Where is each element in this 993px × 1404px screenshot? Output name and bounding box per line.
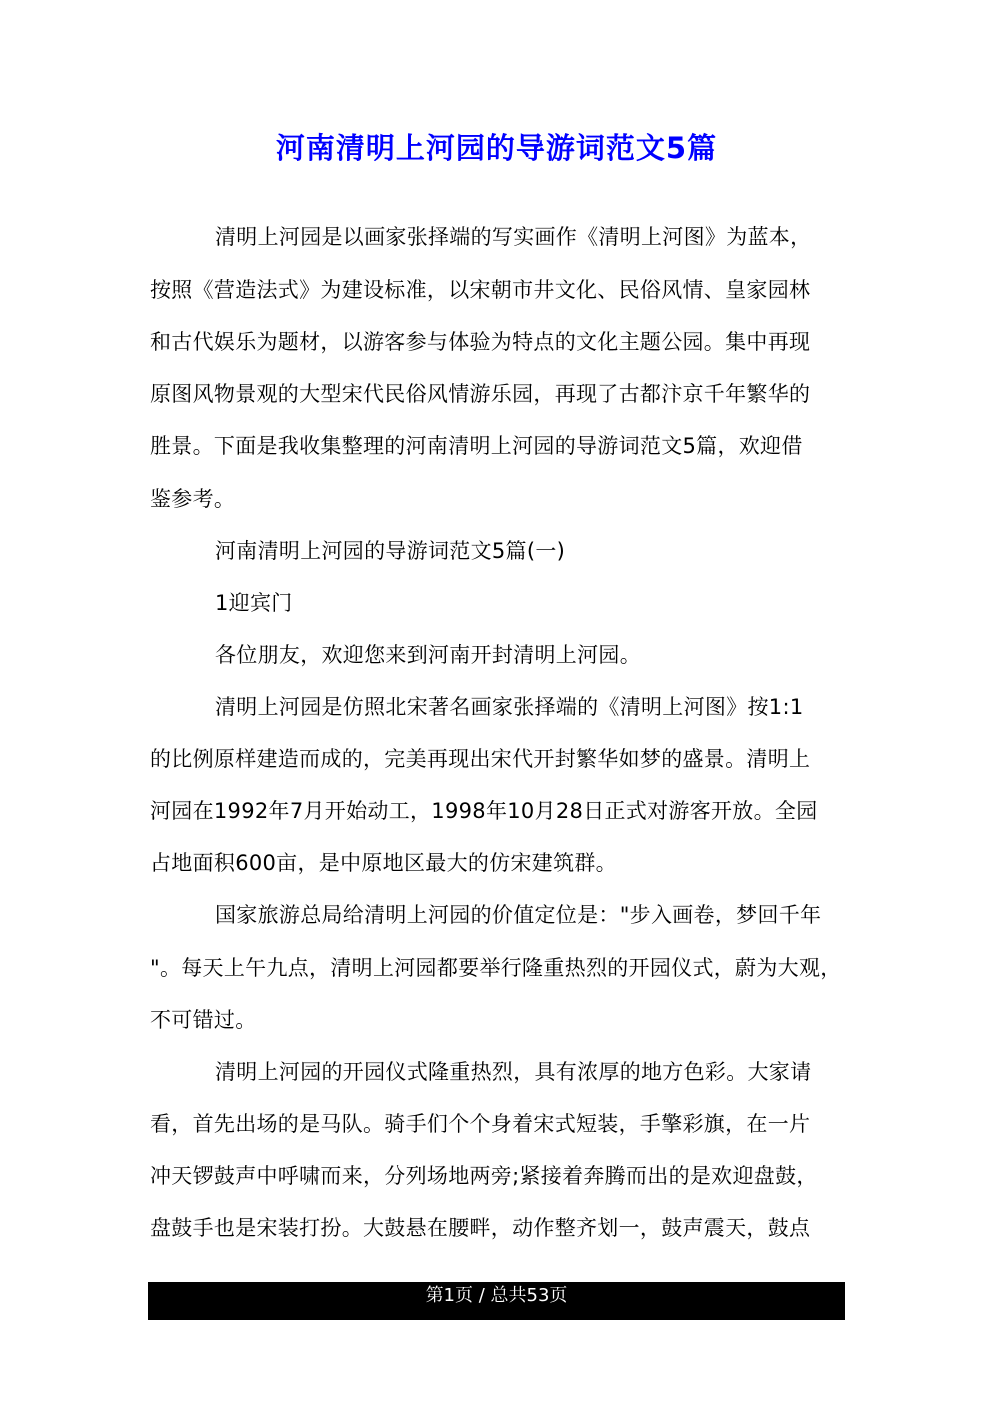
page-indicator-bar: 第1页 / 总共53页 [148,1282,845,1320]
paragraph-line: 国家旅游总局给清明上河园的价值定位是："步入画卷，梦回千年 [215,902,821,928]
page-indicator: 第1页 / 总共53页 [426,1285,568,1306]
document-title: 河南清明上河园的导游词范文5篇 [0,126,993,167]
paragraph-line: 鉴参考。 [150,486,235,512]
paragraph-line: 各位朋友，欢迎您来到河南开封清明上河园。 [215,642,641,668]
section-heading: 河南清明上河园的导游词范文5篇(一) [215,538,565,564]
paragraph-line: 清明上河园是仿照北宋著名画家张择端的《清明上河图》按1:1 [215,694,804,720]
paragraph-line: 胜景。下面是我收集整理的河南清明上河园的导游词范文5篇，欢迎借 [150,433,803,459]
paragraph-line: 盘鼓手也是宋装打扮。大鼓悬在腰畔，动作整齐划一，鼓声震天，鼓点 [150,1215,810,1241]
paragraph-line: 占地面积600亩，是中原地区最大的仿宋建筑群。 [150,850,617,876]
paragraph-line: "。每天上午九点，清明上河园都要举行隆重热烈的开园仪式，蔚为大观， [150,955,842,981]
paragraph-line: 清明上河园的开园仪式隆重热烈，具有浓厚的地方色彩。大家请 [215,1059,811,1085]
paragraph-line: 清明上河园是以画家张择端的写实画作《清明上河图》为蓝本， [215,224,811,250]
paragraph-line: 原图风物景观的大型宋代民俗风情游乐园，再现了古都汴京千年繁华的 [150,381,810,407]
subsection-heading: 1迎宾门 [215,590,293,616]
paragraph-line: 按照《营造法式》为建设标准，以宋朝市井文化、民俗风情、皇家园林 [150,277,810,303]
paragraph-line: 和古代娱乐为题材，以游客参与体验为特点的文化主题公园。集中再现 [150,329,810,355]
paragraph-line: 不可错过。 [150,1007,257,1033]
paragraph-line: 冲天锣鼓声中呼啸而来，分列场地两旁;紧接着奔腾而出的是欢迎盘鼓， [150,1163,818,1189]
paragraph-line: 的比例原样建造而成的，完美再现出宋代开封繁华如梦的盛景。清明上 [150,746,810,772]
paragraph-line: 看，首先出场的是马队。骑手们个个身着宋式短装，手擎彩旗，在一片 [150,1111,810,1137]
paragraph-line: 河园在1992年7月开始动工，1998年10月28日正式对游客开放。全园 [150,798,818,824]
